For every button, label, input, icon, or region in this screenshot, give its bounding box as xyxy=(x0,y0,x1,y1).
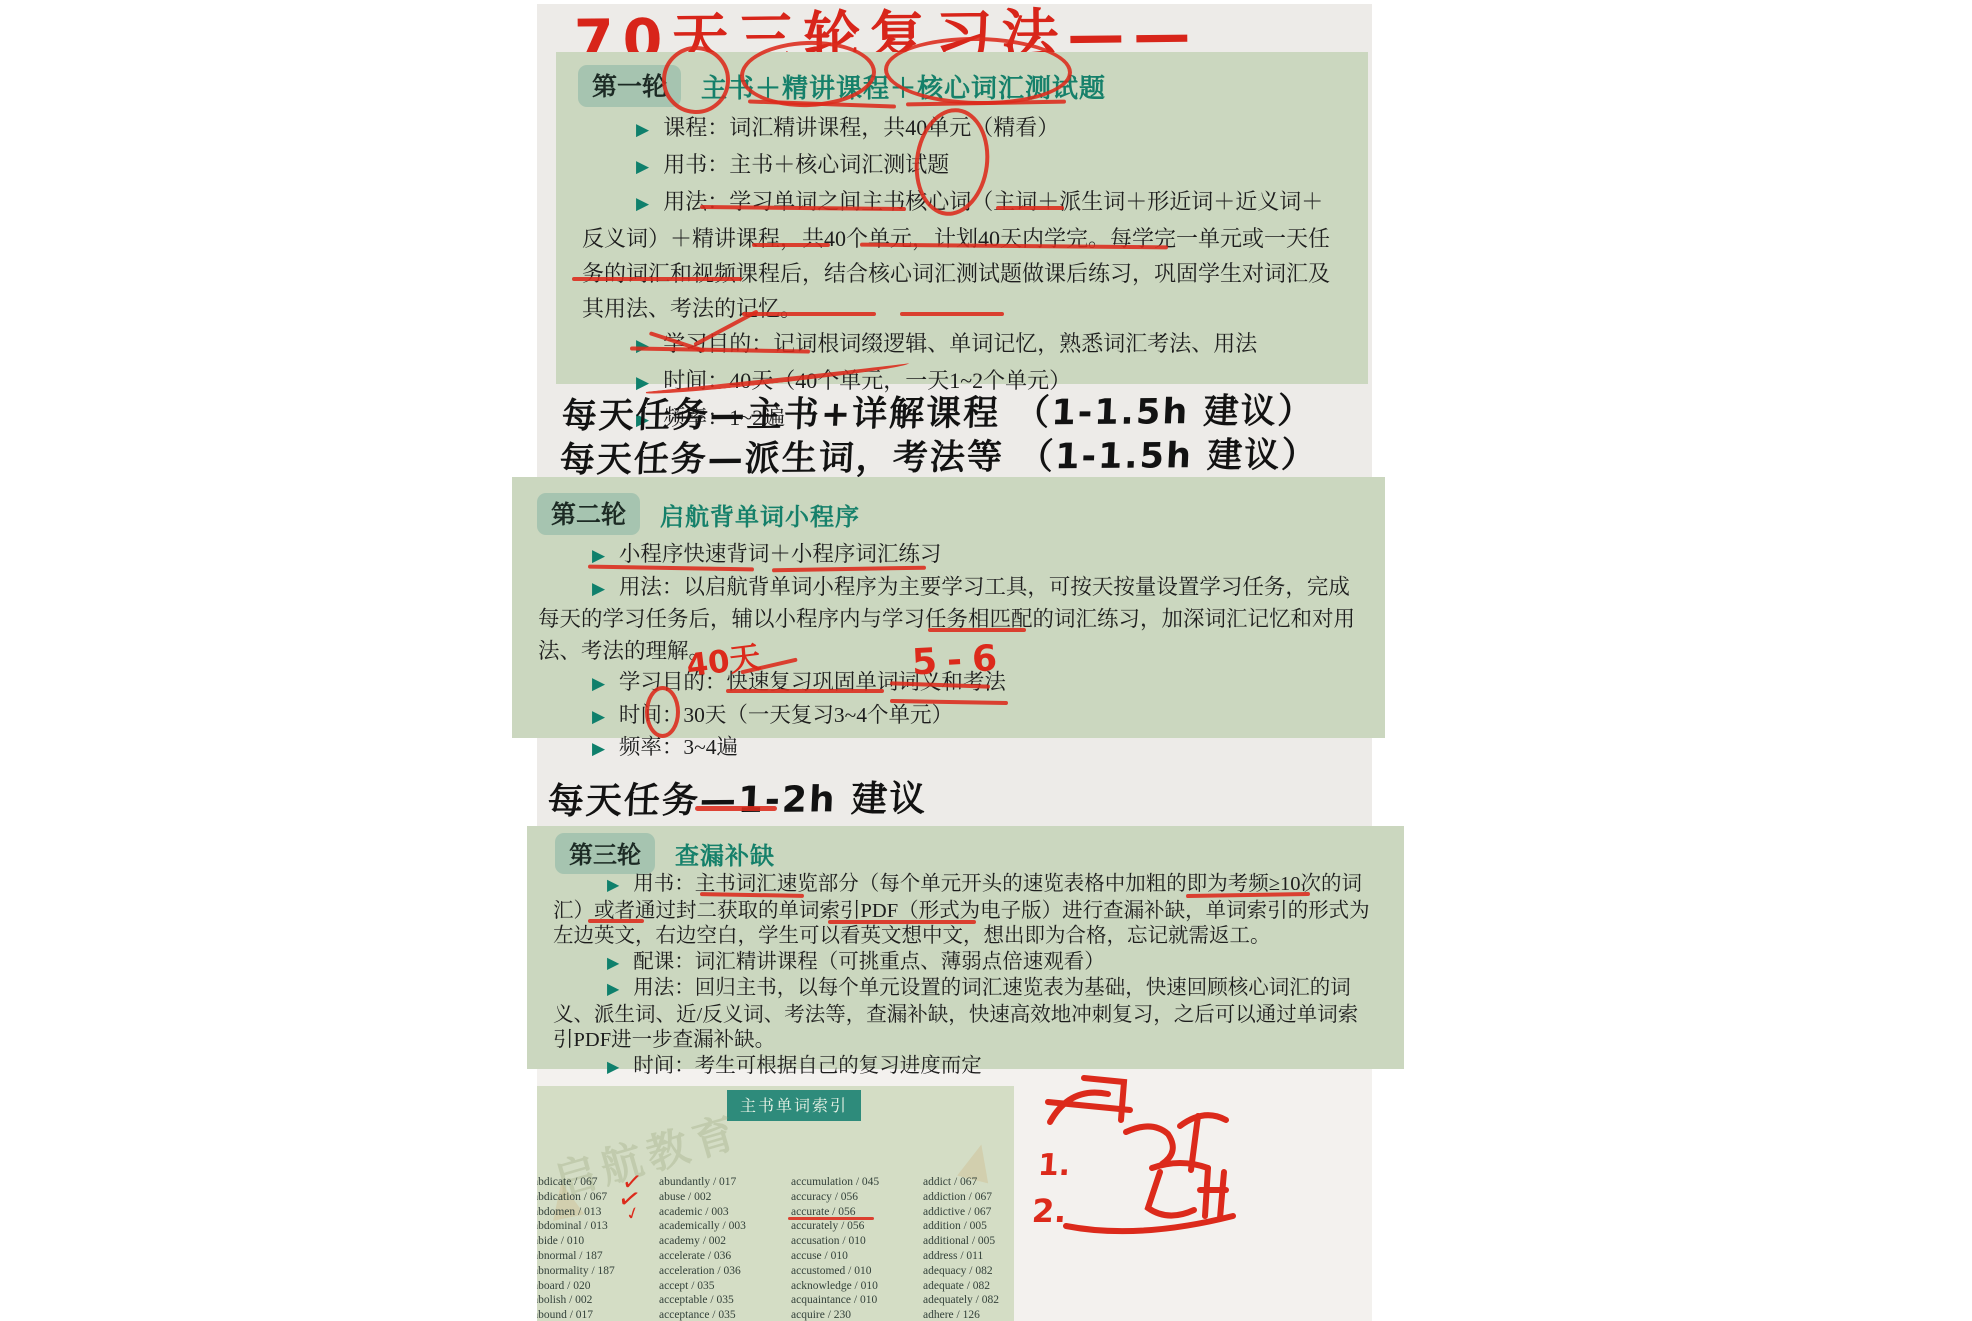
round-2-badge: 第二轮 xyxy=(537,493,640,535)
index-word-entry: abnormal / 187 xyxy=(537,1249,659,1264)
index-word-entry: acquire / 230 xyxy=(791,1308,923,1321)
index-word-column-3: accumulation / 045accuracy / 056accurate… xyxy=(791,1175,923,1321)
bullet-arrow-icon: ▶ xyxy=(636,194,649,213)
round-3-heading: 查漏补缺 xyxy=(675,836,775,871)
index-word-entry: abnormality / 187 xyxy=(537,1264,659,1279)
bullet-arrow-icon: ▶ xyxy=(607,955,619,972)
index-word-entry: addictive / 067 xyxy=(923,1205,1009,1220)
round-3-header: 第三轮 查漏补缺 xyxy=(527,826,1404,872)
round-1-line-course: 课程：词汇精讲课程，共40单元（精看） xyxy=(663,115,1059,140)
index-word-entry: adequate / 082 xyxy=(923,1279,1009,1294)
red-underline xyxy=(572,277,742,281)
round-3-badge: 第三轮 xyxy=(555,833,655,874)
round-2-line-frequency: 频率：3~4遍 xyxy=(619,735,738,759)
index-word-entry: academically / 003 xyxy=(659,1219,791,1234)
index-word-entry: accept / 035 xyxy=(659,1279,791,1294)
word-index-grid: abdicate / 067abdication / 067abdomen / … xyxy=(537,1175,1009,1321)
handwritten-note-3: 每天任务—1-2h 建议 xyxy=(547,771,929,825)
red-underline xyxy=(996,206,1064,210)
red-underline xyxy=(726,689,884,693)
index-word-entry: accuse / 010 xyxy=(791,1249,923,1264)
bullet-arrow-icon: ▶ xyxy=(607,877,619,894)
index-word-entry: adequately / 082 xyxy=(923,1293,1009,1308)
bullet-arrow-icon: ▶ xyxy=(636,120,649,139)
index-word-entry: abuse / 002 xyxy=(659,1190,791,1205)
word-index-badge: 主书单词索引 xyxy=(727,1090,861,1121)
index-word-entry: accumulation / 045 xyxy=(791,1175,923,1190)
index-word-entry: adequacy / 082 xyxy=(923,1264,1009,1279)
index-word-column-2: abundantly / 017abuse / 002academic / 00… xyxy=(659,1175,791,1321)
round-2-header: 第二轮 启航背单词小程序 xyxy=(512,477,1385,539)
red-underline xyxy=(828,920,976,924)
round-3-line-book: 用书：主书词汇速览部分（每个单元开头的速览表格中加粗的即为考频≥10次的词汇）或… xyxy=(553,873,1370,947)
index-word-entry: abolish / 002 xyxy=(537,1293,659,1308)
index-word-entry: accuracy / 056 xyxy=(791,1190,923,1205)
round-2-panel: 第二轮 启航背单词小程序 ▶小程序快速背词＋小程序词汇练习 ▶用法：以启航背单词… xyxy=(512,477,1385,738)
handwritten-scribble: 1. 2. xyxy=(1028,1070,1268,1240)
index-word-entry: accelerate / 036 xyxy=(659,1249,791,1264)
bullet-arrow-icon: ▶ xyxy=(607,1059,619,1076)
page: 70天三轮复习法—— 第一轮 主书＋精讲课程＋核心词汇测试题 ▶课程：词汇精讲课… xyxy=(0,0,1972,1321)
index-word-entry: acquaintance / 010 xyxy=(791,1293,923,1308)
red-underline xyxy=(742,312,876,316)
red-underline xyxy=(928,628,1026,632)
index-word-entry: aboard / 020 xyxy=(537,1279,659,1294)
index-word-entry: academy / 002 xyxy=(659,1234,791,1249)
bullet-arrow-icon: ▶ xyxy=(592,579,605,598)
round-3-panel: 第三轮 查漏补缺 ▶用书：主书词汇速览部分（每个单元开头的速览表格中加粗的即为考… xyxy=(527,826,1404,1069)
red-underline xyxy=(788,1217,874,1220)
index-word-entry: address / 011 xyxy=(923,1249,1009,1264)
index-word-entry: accusation / 010 xyxy=(791,1234,923,1249)
index-word-entry: academic / 003 xyxy=(659,1205,791,1220)
round-2-heading: 启航背单词小程序 xyxy=(660,497,860,532)
red-annotation-five-six: 5-6 xyxy=(911,638,1008,684)
red-annotation-item-1: 1. xyxy=(1037,1148,1072,1183)
bullet-arrow-icon: ▶ xyxy=(607,981,619,998)
index-word-column-4: addict / 067addiction / 067addictive / 0… xyxy=(923,1175,1009,1321)
red-underline xyxy=(752,243,830,247)
word-index-panel: 主书单词索引 启航教育 abdicate / 067abdication / 0… xyxy=(537,1086,1014,1321)
red-underline xyxy=(588,919,644,923)
index-word-entry: additional / 005 xyxy=(923,1234,1009,1249)
index-word-entry: addition / 005 xyxy=(923,1219,1009,1234)
index-word-entry: addiction / 067 xyxy=(923,1190,1009,1205)
index-word-entry: addict / 067 xyxy=(923,1175,1009,1190)
bullet-arrow-icon: ▶ xyxy=(636,336,649,355)
bullet-arrow-icon: ▶ xyxy=(636,157,649,176)
index-word-entry: adhere / 126 xyxy=(923,1308,1009,1321)
index-word-entry: acceleration / 036 xyxy=(659,1264,791,1279)
red-circle xyxy=(645,686,680,738)
handwritten-note-2: 每天任务—派生词，考法等 （1-1.5h 建议） xyxy=(559,427,1320,482)
round-3-line-method: 用法：回归主书，以每个单元设置的词汇速览表为基础，快速回顾核心词汇的词义、派生词… xyxy=(553,977,1358,1051)
round-3-line-course: 配课：词汇精讲课程（可挑重点、薄弱点倍速观看） xyxy=(633,951,1105,973)
index-word-entry: acceptance / 035 xyxy=(659,1308,791,1321)
red-annotation-forty-days: 40天 xyxy=(684,632,763,686)
index-word-entry: abide / 010 xyxy=(537,1234,659,1249)
bullet-arrow-icon: ▶ xyxy=(592,674,605,693)
bullet-arrow-icon: ▶ xyxy=(592,739,605,758)
round-2-line-tools: 小程序快速背词＋小程序词汇练习 xyxy=(619,542,942,566)
index-word-entry: accustomed / 010 xyxy=(791,1264,923,1279)
bullet-arrow-icon: ▶ xyxy=(592,546,605,565)
red-underline xyxy=(900,312,1004,316)
red-underline xyxy=(695,806,777,811)
index-word-entry: acknowledge / 010 xyxy=(791,1279,923,1294)
round-3-line-time: 时间：考生可根据自己的复习进度而定 xyxy=(633,1055,982,1077)
index-word-entry: abundantly / 017 xyxy=(659,1175,791,1190)
red-annotation-item-2: 2. xyxy=(1031,1192,1068,1230)
index-word-entry: abound / 017 xyxy=(537,1308,659,1321)
bullet-arrow-icon: ▶ xyxy=(592,707,605,726)
index-word-entry: acceptable / 035 xyxy=(659,1293,791,1308)
round-1-line-book: 用书：主书＋核心词汇测试题 xyxy=(663,152,949,177)
index-word-entry: accurately / 056 xyxy=(791,1219,923,1234)
